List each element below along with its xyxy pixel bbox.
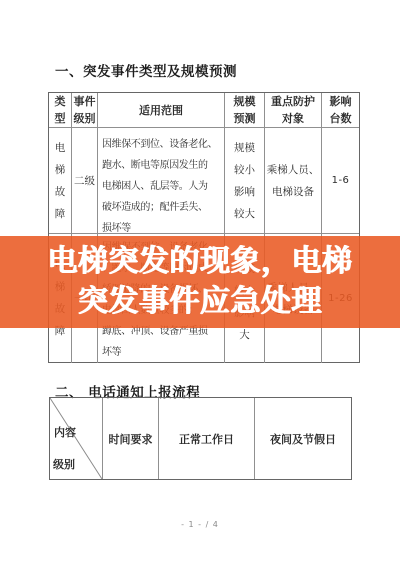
header-protect-cell: 重点防护 对象	[265, 93, 322, 127]
text-line: 事件	[74, 93, 96, 110]
text-line: 重点防护	[271, 93, 315, 110]
header-time-cell: 时间要求	[103, 398, 159, 479]
text-line: 损坏等	[102, 218, 131, 233]
text-line: 破坏造成的；配件丢失、	[102, 197, 208, 218]
text-line: 因维保不到位、设备老化、	[102, 134, 217, 155]
page-number: - 1 - / 4	[0, 520, 400, 529]
scale-cell: 规模 较小 影响 较大	[225, 128, 265, 233]
text-line: 电梯困人、乱层等。人为	[102, 176, 208, 197]
text-line: 对象	[282, 110, 304, 127]
header-type-cell: 类 型	[49, 93, 72, 127]
text-line: 级别	[74, 110, 96, 127]
banner-title-line2: 突发事件应急处理	[78, 282, 322, 322]
text-line: 较小	[234, 159, 255, 181]
text-line: 影响	[330, 93, 352, 110]
report-flow-table: 内容 级别 时间要求 正常工作日 夜间及节假日	[49, 397, 352, 480]
text-line: 跑水、断电等原因发生的	[102, 155, 208, 176]
incident-table-header-row: 类 型 事件 级别 适用范围 规模 预测 重点防护 对象 影响 台数	[49, 93, 359, 128]
text-line: 较大	[234, 203, 255, 225]
text-line: 障	[55, 203, 66, 225]
text-line: 坏等	[102, 342, 121, 363]
banner-title-line1: 电梯突发的现象，电梯	[48, 242, 353, 282]
header-scale-cell: 规模 预测	[225, 93, 265, 127]
type-cell: 电 梯 故 障	[49, 128, 72, 233]
level-cell: 二级	[72, 128, 98, 233]
header-scope-cell: 适用范围	[98, 93, 225, 127]
header-night-holiday-cell: 夜间及节假日	[255, 398, 351, 479]
text-line: 适用范围	[139, 102, 183, 119]
text-line: 型	[55, 110, 66, 127]
text-line: 台数	[330, 110, 352, 127]
corner-label-level: 级别	[53, 456, 75, 472]
text-line: 乘梯人员、	[267, 159, 320, 181]
diagonal-header-cell: 内容 级别	[50, 398, 103, 479]
text-line: 类	[55, 93, 66, 110]
protect-cell: 乘梯人员、 电梯设备	[265, 128, 322, 233]
count-cell: 1-6	[322, 128, 359, 233]
text-line: 二级	[74, 170, 95, 192]
text-line: 规模	[234, 137, 255, 159]
section1-heading: 一、突发事件类型及规模预测	[55, 60, 237, 80]
document-page: 一、突发事件类型及规模预测 类 型 事件 级别 适用范围 规模 预测 重点防护 …	[0, 0, 400, 566]
text-line: 梯	[55, 159, 66, 181]
header-workday-cell: 正常工作日	[159, 398, 255, 479]
text-line: 影响	[234, 181, 255, 203]
text-line: 1-6	[332, 170, 350, 192]
text-line: 电	[55, 137, 66, 159]
scope-cell: 因维保不到位、设备老化、 跑水、断电等原因发生的 电梯困人、乱层等。人为 破坏造…	[98, 128, 225, 233]
table-row: 电 梯 故 障 二级 因维保不到位、设备老化、 跑水、断电等原因发生的 电梯困人…	[49, 128, 359, 234]
title-banner: 电梯突发的现象，电梯 突发事件应急处理	[0, 236, 400, 328]
text-line: 规模	[234, 93, 256, 110]
corner-label-content: 内容	[54, 424, 76, 440]
text-line: 预测	[234, 110, 256, 127]
header-count-cell: 影响 台数	[322, 93, 359, 127]
header-level-cell: 事件 级别	[72, 93, 98, 127]
text-line: 电梯设备	[272, 181, 314, 203]
text-line: 故	[55, 181, 66, 203]
